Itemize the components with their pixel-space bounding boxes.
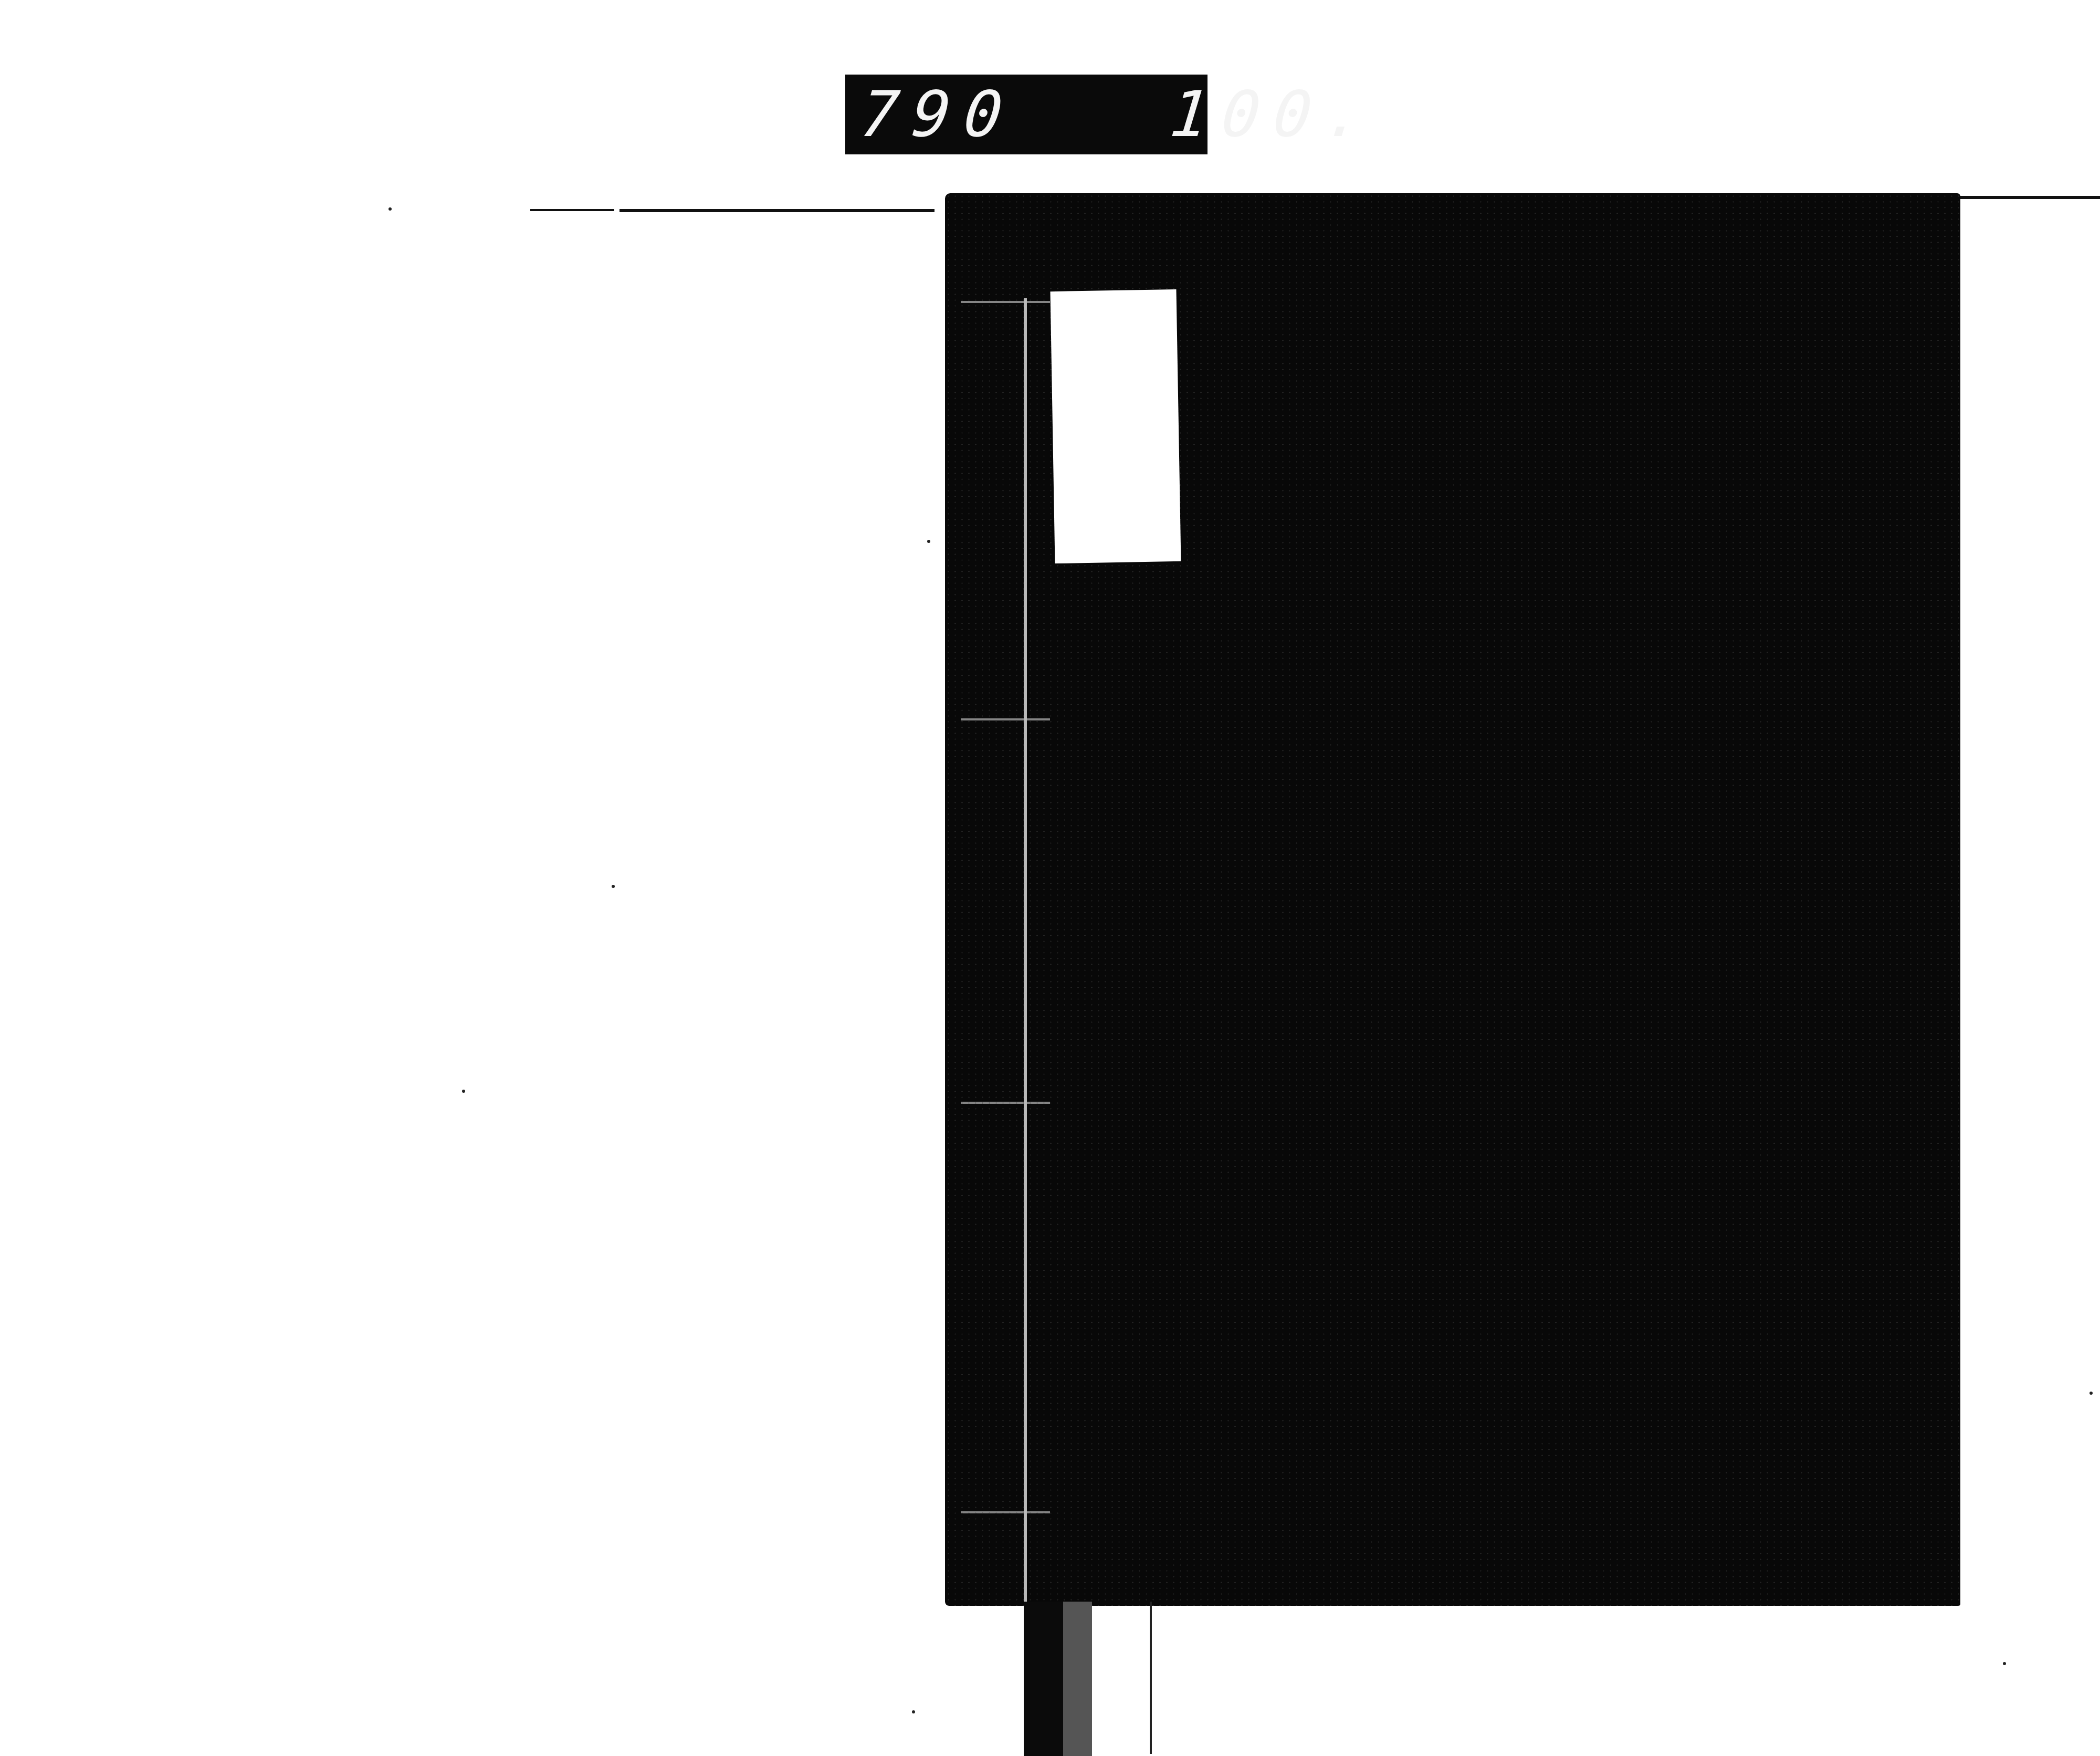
binding-stitch bbox=[961, 718, 1050, 720]
scan-speck bbox=[2089, 1392, 2093, 1395]
page-edge-line bbox=[1150, 1602, 1152, 1754]
binding-stitch bbox=[961, 1102, 1050, 1104]
scan-speck bbox=[2003, 1662, 2006, 1665]
scan-speck bbox=[388, 207, 392, 211]
scan-speck bbox=[462, 1090, 465, 1093]
scan-speck bbox=[912, 1710, 915, 1713]
binding-stitch bbox=[961, 301, 1050, 303]
top-rule-middle bbox=[619, 209, 934, 212]
title-slip-label bbox=[1050, 289, 1181, 563]
binding-stitch bbox=[961, 1511, 1050, 1513]
frame-counter-digits: 790 100. bbox=[857, 78, 1381, 151]
binding-tail-strip-edge bbox=[1063, 1602, 1092, 1756]
scan-speck bbox=[927, 540, 930, 543]
binding-spine-line bbox=[1024, 298, 1027, 1664]
top-rule-left bbox=[530, 209, 614, 211]
scan-speck bbox=[612, 885, 615, 888]
frame-counter: 790 100. bbox=[845, 75, 1207, 154]
